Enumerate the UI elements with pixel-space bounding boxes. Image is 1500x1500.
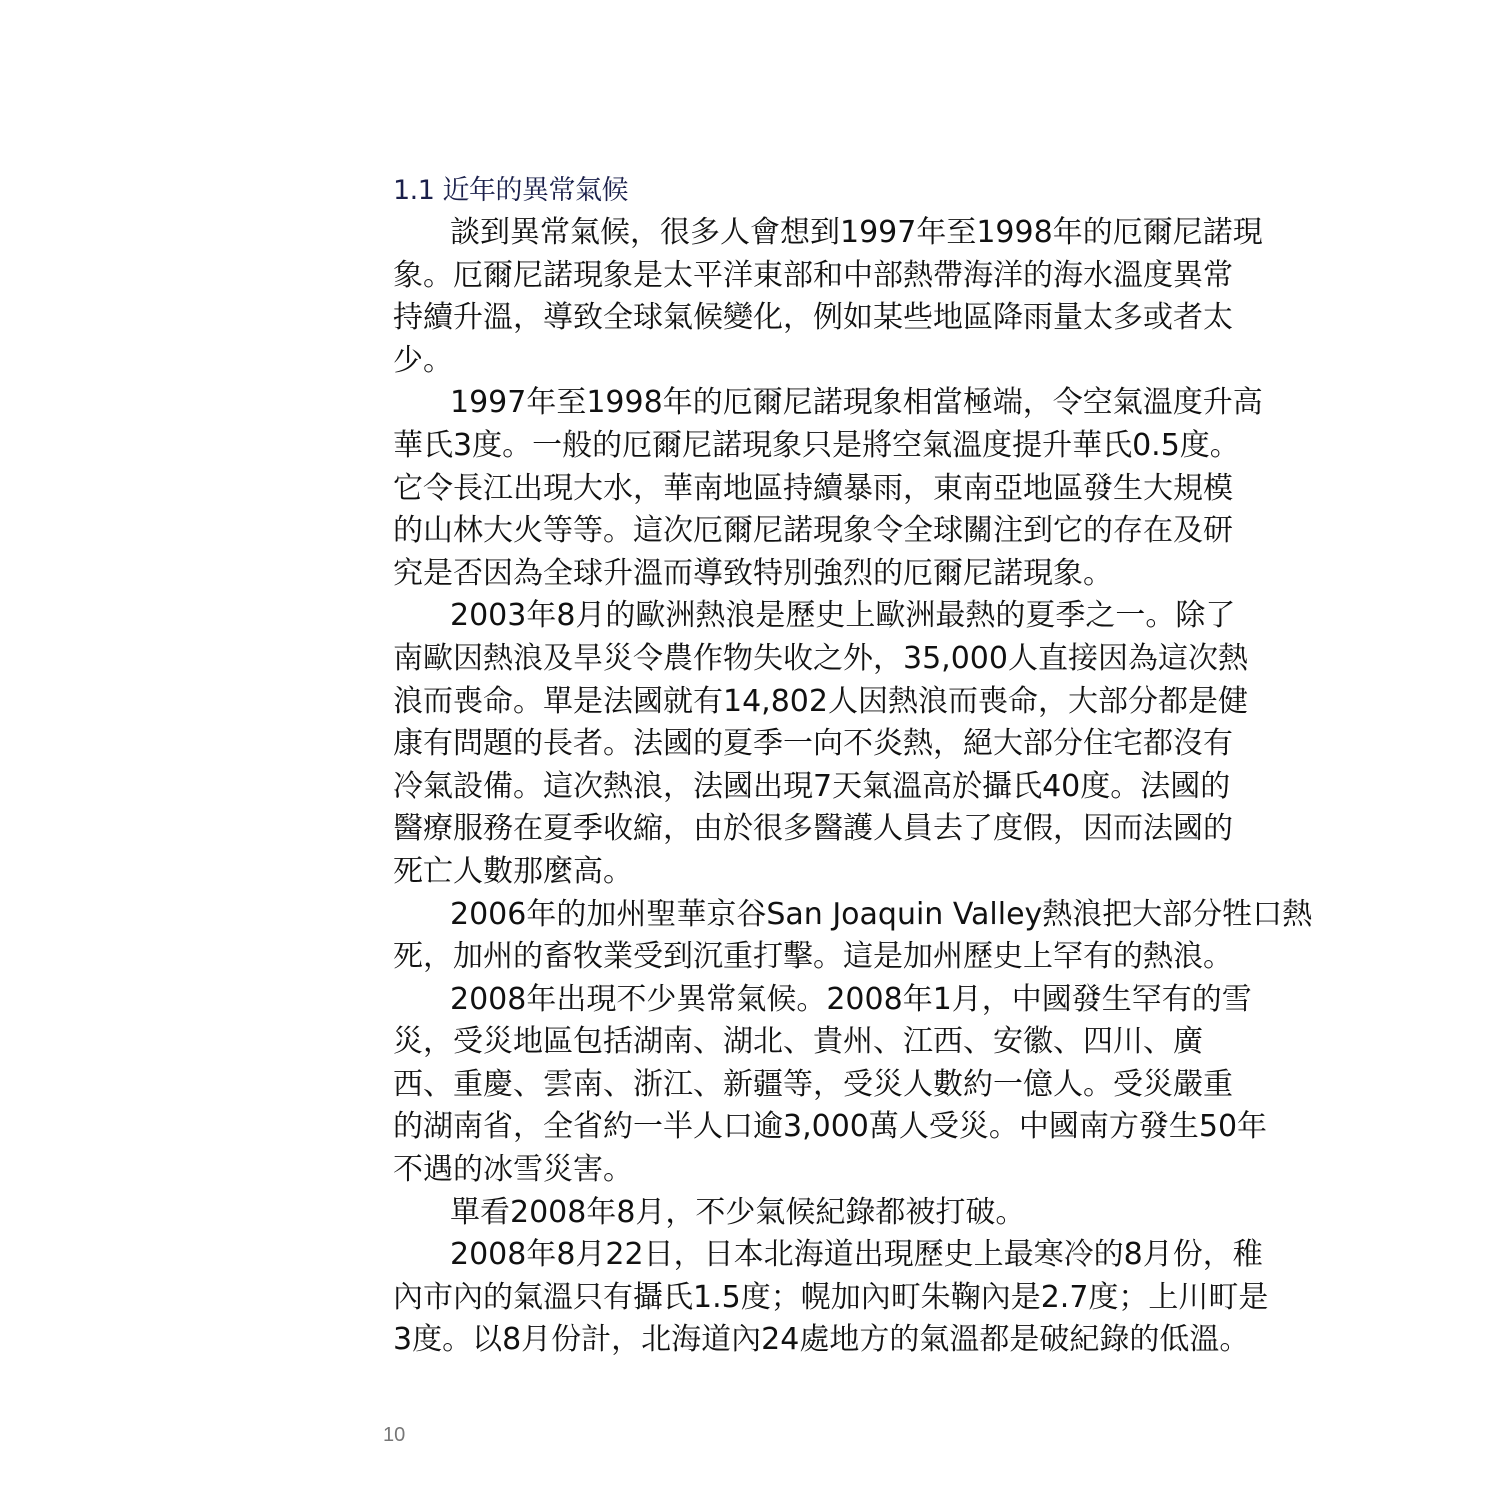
text-line: 南歐因熱浪及旱災令農作物失收之外，35,000人直接因為這次熱 <box>393 638 1143 681</box>
text-line: 華氏3度。一般的厄爾尼諾現象只是將空氣溫度提升華氏0.5度。 <box>393 425 1143 468</box>
text-line: 西、重慶、雲南、浙江、新疆等，受災人數約一億人。受災嚴重 <box>393 1064 1143 1107</box>
text-line: 災，受災地區包括湖南、湖北、貴州、江西、安徽、四川、廣 <box>393 1021 1143 1064</box>
text-line: 談到異常氣候，很多人會想到1997年至1998年的厄爾尼諾現 <box>393 212 1143 255</box>
section-heading: 1.1 近年的異常氣候 <box>393 168 628 207</box>
paragraph: 1997年至1998年的厄爾尼諾現象相當極端，令空氣溫度升高 華氏3度。一般的厄… <box>393 382 1143 595</box>
text-line: 死，加州的畜牧業受到沉重打擊。這是加州歷史上罕有的熱浪。 <box>393 936 1143 979</box>
text-line: 象。厄爾尼諾現象是太平洋東部和中部熱帶海洋的海水溫度異常 <box>393 255 1143 298</box>
text-line: 的山林大火等等。這次厄爾尼諾現象令全球關注到它的存在及研 <box>393 510 1143 553</box>
text-line: 2008年出現不少異常氣候。2008年1月，中國發生罕有的雪 <box>393 979 1143 1022</box>
text-line: 究是否因為全球升溫而導致特別強烈的厄爾尼諾現象。 <box>393 553 1143 596</box>
paragraph: 2006年的加州聖華京谷San Joaquin Valley熱浪把大部分牲口熱 … <box>393 894 1143 979</box>
page-number: 10 <box>383 1424 405 1447</box>
paragraph: 2003年8月的歐洲熱浪是歷史上歐洲最熱的夏季之一。除了 南歐因熱浪及旱災令農作… <box>393 595 1143 893</box>
text-line: 冷氣設備。這次熱浪，法國出現7天氣溫高於攝氏40度。法國的 <box>393 766 1143 809</box>
text-line: 死亡人數那麼高。 <box>393 851 1143 894</box>
text-line: 2003年8月的歐洲熱浪是歷史上歐洲最熱的夏季之一。除了 <box>393 595 1143 638</box>
text-line: 單看2008年8月，不少氣候紀錄都被打破。 <box>393 1192 1143 1235</box>
paragraph: 2008年出現不少異常氣候。2008年1月，中國發生罕有的雪 災，受災地區包括湖… <box>393 979 1143 1192</box>
paragraph: 2008年8月22日，日本北海道出現歷史上最寒冷的8月份，稚 內市內的氣溫只有攝… <box>393 1234 1143 1362</box>
text-line: 少。 <box>393 340 1143 383</box>
text-line: 醫療服務在夏季收縮，由於很多醫護人員去了度假，因而法國的 <box>393 808 1143 851</box>
text-line: 康有問題的長者。法國的夏季一向不炎熱，絕大部分住宅都沒有 <box>393 723 1143 766</box>
body-text: 談到異常氣候，很多人會想到1997年至1998年的厄爾尼諾現 象。厄爾尼諾現象是… <box>393 212 1143 1362</box>
text-line: 2008年8月22日，日本北海道出現歷史上最寒冷的8月份，稚 <box>393 1234 1143 1277</box>
paragraph: 單看2008年8月，不少氣候紀錄都被打破。 <box>393 1192 1143 1235</box>
document-page: 1.1 近年的異常氣候 談到異常氣候，很多人會想到1997年至1998年的厄爾尼… <box>0 0 1500 1500</box>
paragraph: 談到異常氣候，很多人會想到1997年至1998年的厄爾尼諾現 象。厄爾尼諾現象是… <box>393 212 1143 382</box>
text-line: 3度。以8月份計，北海道內24處地方的氣溫都是破紀錄的低溫。 <box>393 1319 1143 1362</box>
text-line: 它令長江出現大水，華南地區持續暴雨，東南亞地區發生大規模 <box>393 468 1143 511</box>
text-line: 2006年的加州聖華京谷San Joaquin Valley熱浪把大部分牲口熱 <box>393 894 1143 937</box>
text-line: 持續升溫，導致全球氣候變化，例如某些地區降雨量太多或者太 <box>393 297 1143 340</box>
text-line: 內市內的氣溫只有攝氏1.5度；幌加內町朱鞠內是2.7度；上川町是 <box>393 1277 1143 1320</box>
text-line: 不遇的冰雪災害。 <box>393 1149 1143 1192</box>
text-line: 的湖南省，全省約一半人口逾3,000萬人受災。中國南方發生50年 <box>393 1106 1143 1149</box>
text-line: 浪而喪命。單是法國就有14,802人因熱浪而喪命，大部分都是健 <box>393 681 1143 724</box>
text-line: 1997年至1998年的厄爾尼諾現象相當極端，令空氣溫度升高 <box>393 382 1143 425</box>
